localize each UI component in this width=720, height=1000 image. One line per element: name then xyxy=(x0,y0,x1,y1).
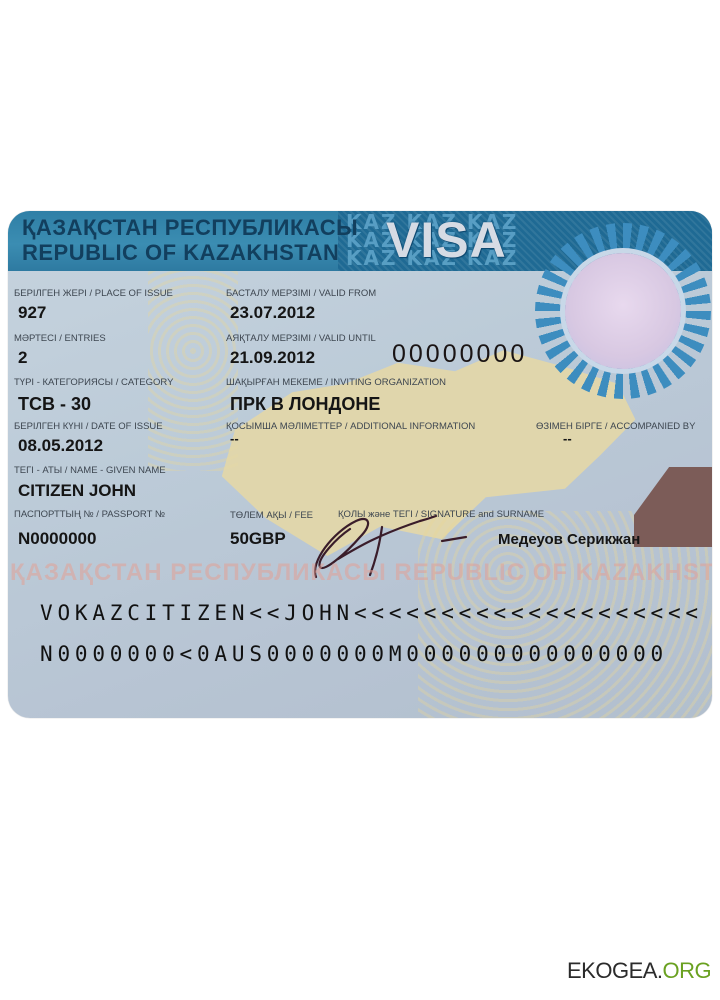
passport-no-label: ПАСПОРТТЫҢ № / PASSPORT № xyxy=(14,509,165,520)
name-label: ТЕГІ - АТЫ / NAME - GIVEN NAME xyxy=(14,465,166,476)
valid-until-value: 21.09.2012 xyxy=(230,348,315,368)
date-of-issue-value: 08.05.2012 xyxy=(18,436,103,456)
map-border-graphic xyxy=(634,467,712,547)
entries-value: 2 xyxy=(18,348,27,368)
additional-information-label: ҚОСЫМША МӘЛІМЕТТЕР / ADDITIONAL INFORMAT… xyxy=(226,421,475,432)
mrz-line-1: VOKAZCITIZEN<<JOHN<<<<<<<<<<<<<<<<<<<< xyxy=(40,601,703,625)
fee-label: ТӨЛЕМ АҚЫ / FEE xyxy=(230,510,313,521)
place-of-issue-value: 927 xyxy=(18,303,46,323)
entries-label: МӘРТЕСІ / ENTRIES xyxy=(14,333,106,344)
fee-value: 50GBP xyxy=(230,529,286,549)
inviting-organization-label: ШАҚЫРҒАН МЕКЕМЕ / INVITING ORGANIZATION xyxy=(226,377,446,388)
ornament-pattern xyxy=(148,271,238,471)
accompanied-by-value: -- xyxy=(563,431,572,446)
signatory-name: Медеуов Серикжан xyxy=(498,531,640,548)
name-value: CITIZEN JOHN xyxy=(18,481,136,501)
category-value: ТСВ - 30 xyxy=(18,394,91,415)
visa-document: KAZ KAZ KAZ KAZ KAZ KAZ KAZ KAZ KAZ ҚАЗА… xyxy=(8,211,712,718)
category-label: ТҮРІ - КАТЕГОРИЯСЫ / CATEGORY xyxy=(14,377,173,388)
inviting-organization-value: ПРК В ЛОНДОНЕ xyxy=(230,394,380,415)
additional-information-value: -- xyxy=(230,431,239,446)
security-watermark-text: ҚАЗАҚСТАН РЕСПУБЛИКАСЫ REPUBLIC OF KAZAK… xyxy=(10,559,712,587)
hologram-circle xyxy=(565,253,681,369)
place-of-issue-label: БЕРІЛГЕН ЖЕРІ / PLACE OF ISSUE xyxy=(14,288,173,299)
accompanied-by-label: ӨЗІМЕН БІРГЕ / ACCOMPANIED BY xyxy=(536,421,695,432)
valid-until-label: АЯҚТАЛУ МЕРЗІМІ / VALID UNTIL xyxy=(226,333,376,344)
visa-number: 00000000 xyxy=(392,340,527,369)
brand-tld: ORG xyxy=(663,958,712,983)
valid-from-value: 23.07.2012 xyxy=(230,303,315,323)
country-title-english: REPUBLIC OF KAZAKHSTAN xyxy=(22,240,339,266)
site-watermark-logo: EKOGEA.ORG xyxy=(567,958,711,984)
country-title-kazakh: ҚАЗАҚСТАН РЕСПУБЛИКАСЫ xyxy=(22,215,358,241)
valid-from-label: БАСТАЛУ МЕРЗІМІ / VALID FROM xyxy=(226,288,376,299)
brand-name: EKOGEA. xyxy=(567,958,663,983)
mrz-line-2: N0000000<0AUS0000000M000000000000000 xyxy=(40,642,668,666)
visa-heading: VISA xyxy=(386,211,507,269)
passport-no-value: N0000000 xyxy=(18,529,96,549)
date-of-issue-label: БЕРІЛГЕН КҮНІ / DATE OF ISSUE xyxy=(14,421,163,432)
